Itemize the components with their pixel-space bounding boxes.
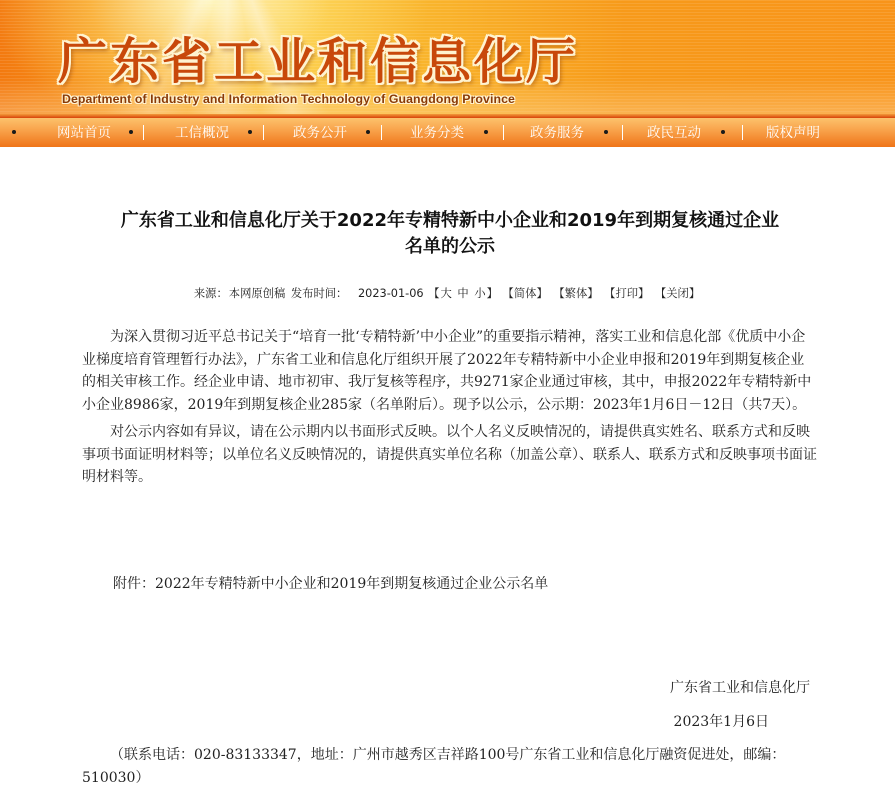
font-size-small-link[interactable]: 小 bbox=[474, 287, 485, 300]
site-logo-subtitle: Department of Industry and Information T… bbox=[62, 92, 515, 106]
nav-item-business-categories[interactable]: 业务分类 bbox=[410, 118, 464, 147]
nav-item-gov-services[interactable]: 政务服务 bbox=[530, 118, 584, 147]
article-meta: 来源：本网原创稿 发布时间： 2023-01-06 【大 中 小】 【简体】 【… bbox=[0, 285, 895, 301]
nav-item-gov-affairs-open[interactable]: 政务公开 bbox=[293, 118, 347, 147]
nav-item-public-interaction[interactable]: 政民互动 bbox=[647, 118, 701, 147]
source-label: 来源： bbox=[194, 287, 228, 300]
nav-item-home[interactable]: 网站首页 bbox=[57, 118, 111, 147]
nav-separator bbox=[263, 125, 264, 140]
attachment-link[interactable]: 附件：2022年专精特新中小企业和2019年到期复核通过企业公示名单 bbox=[113, 573, 548, 593]
article-title: 广东省工业和信息化厅关于2022年专精特新中小企业和2019年到期复核通过企业 … bbox=[60, 208, 840, 260]
publish-date: 2023-01-06 bbox=[358, 287, 424, 300]
contact-info: （联系电话：020-83133347，地址：广州市越秀区吉祥路100号广东省工业… bbox=[82, 744, 812, 790]
bullet-icon bbox=[129, 130, 133, 134]
font-size-large-link[interactable]: 大 bbox=[441, 287, 452, 300]
article-paragraph: 对公示内容如有异议，请在公示期内以书面形式反映。以个人名义反映情况的，请提供真实… bbox=[82, 421, 817, 489]
signature-organization: 广东省工业和信息化厅 bbox=[670, 677, 810, 697]
date-label: 发布时间： bbox=[291, 287, 348, 300]
nav-separator bbox=[622, 125, 623, 140]
traditional-chinese-link[interactable]: 【繁体】 bbox=[553, 287, 598, 300]
close-link[interactable]: 【关闭】 bbox=[655, 287, 700, 300]
bullet-icon bbox=[484, 130, 488, 134]
bracket: 】 bbox=[487, 287, 498, 300]
bullet-icon bbox=[12, 130, 16, 134]
nav-separator bbox=[381, 125, 382, 140]
bullet-icon bbox=[248, 130, 252, 134]
bullet-icon bbox=[366, 130, 370, 134]
article-title-line-2: 名单的公示 bbox=[60, 234, 840, 260]
bullet-icon bbox=[604, 130, 608, 134]
nav-separator bbox=[143, 125, 144, 140]
main-nav: 网站首页 工信概况 政务公开 业务分类 政务服务 政民互动 版权声明 bbox=[0, 118, 895, 147]
font-size-medium-link[interactable]: 中 bbox=[457, 287, 468, 300]
bracket: 【 bbox=[428, 287, 439, 300]
site-logo-title: 广东省工业和信息化厅 bbox=[58, 34, 578, 90]
article-body: 为深入贯彻习近平总书记关于“培育一批‘专精特新’中小企业”的重要指示精神，落实工… bbox=[82, 326, 817, 489]
nav-item-overview[interactable]: 工信概况 bbox=[175, 118, 229, 147]
article-paragraph: 为深入贯彻习近平总书记关于“培育一批‘专精特新’中小企业”的重要指示精神，落实工… bbox=[82, 326, 817, 416]
nav-item-copyright[interactable]: 版权声明 bbox=[766, 118, 820, 147]
simplified-chinese-link[interactable]: 【简体】 bbox=[503, 287, 548, 300]
site-banner: 广东省工业和信息化厅 Department of Industry and In… bbox=[0, 0, 895, 118]
nav-separator bbox=[503, 125, 504, 140]
print-link[interactable]: 【打印】 bbox=[604, 287, 649, 300]
signature-date: 2023年1月6日 bbox=[674, 711, 769, 731]
source-value: 本网原创稿 bbox=[229, 287, 286, 300]
bullet-icon bbox=[721, 130, 725, 134]
nav-separator bbox=[742, 125, 743, 140]
font-size-controls: 【大 中 小】 bbox=[428, 287, 498, 300]
article-title-line-1: 广东省工业和信息化厅关于2022年专精特新中小企业和2019年到期复核通过企业 bbox=[60, 208, 840, 234]
